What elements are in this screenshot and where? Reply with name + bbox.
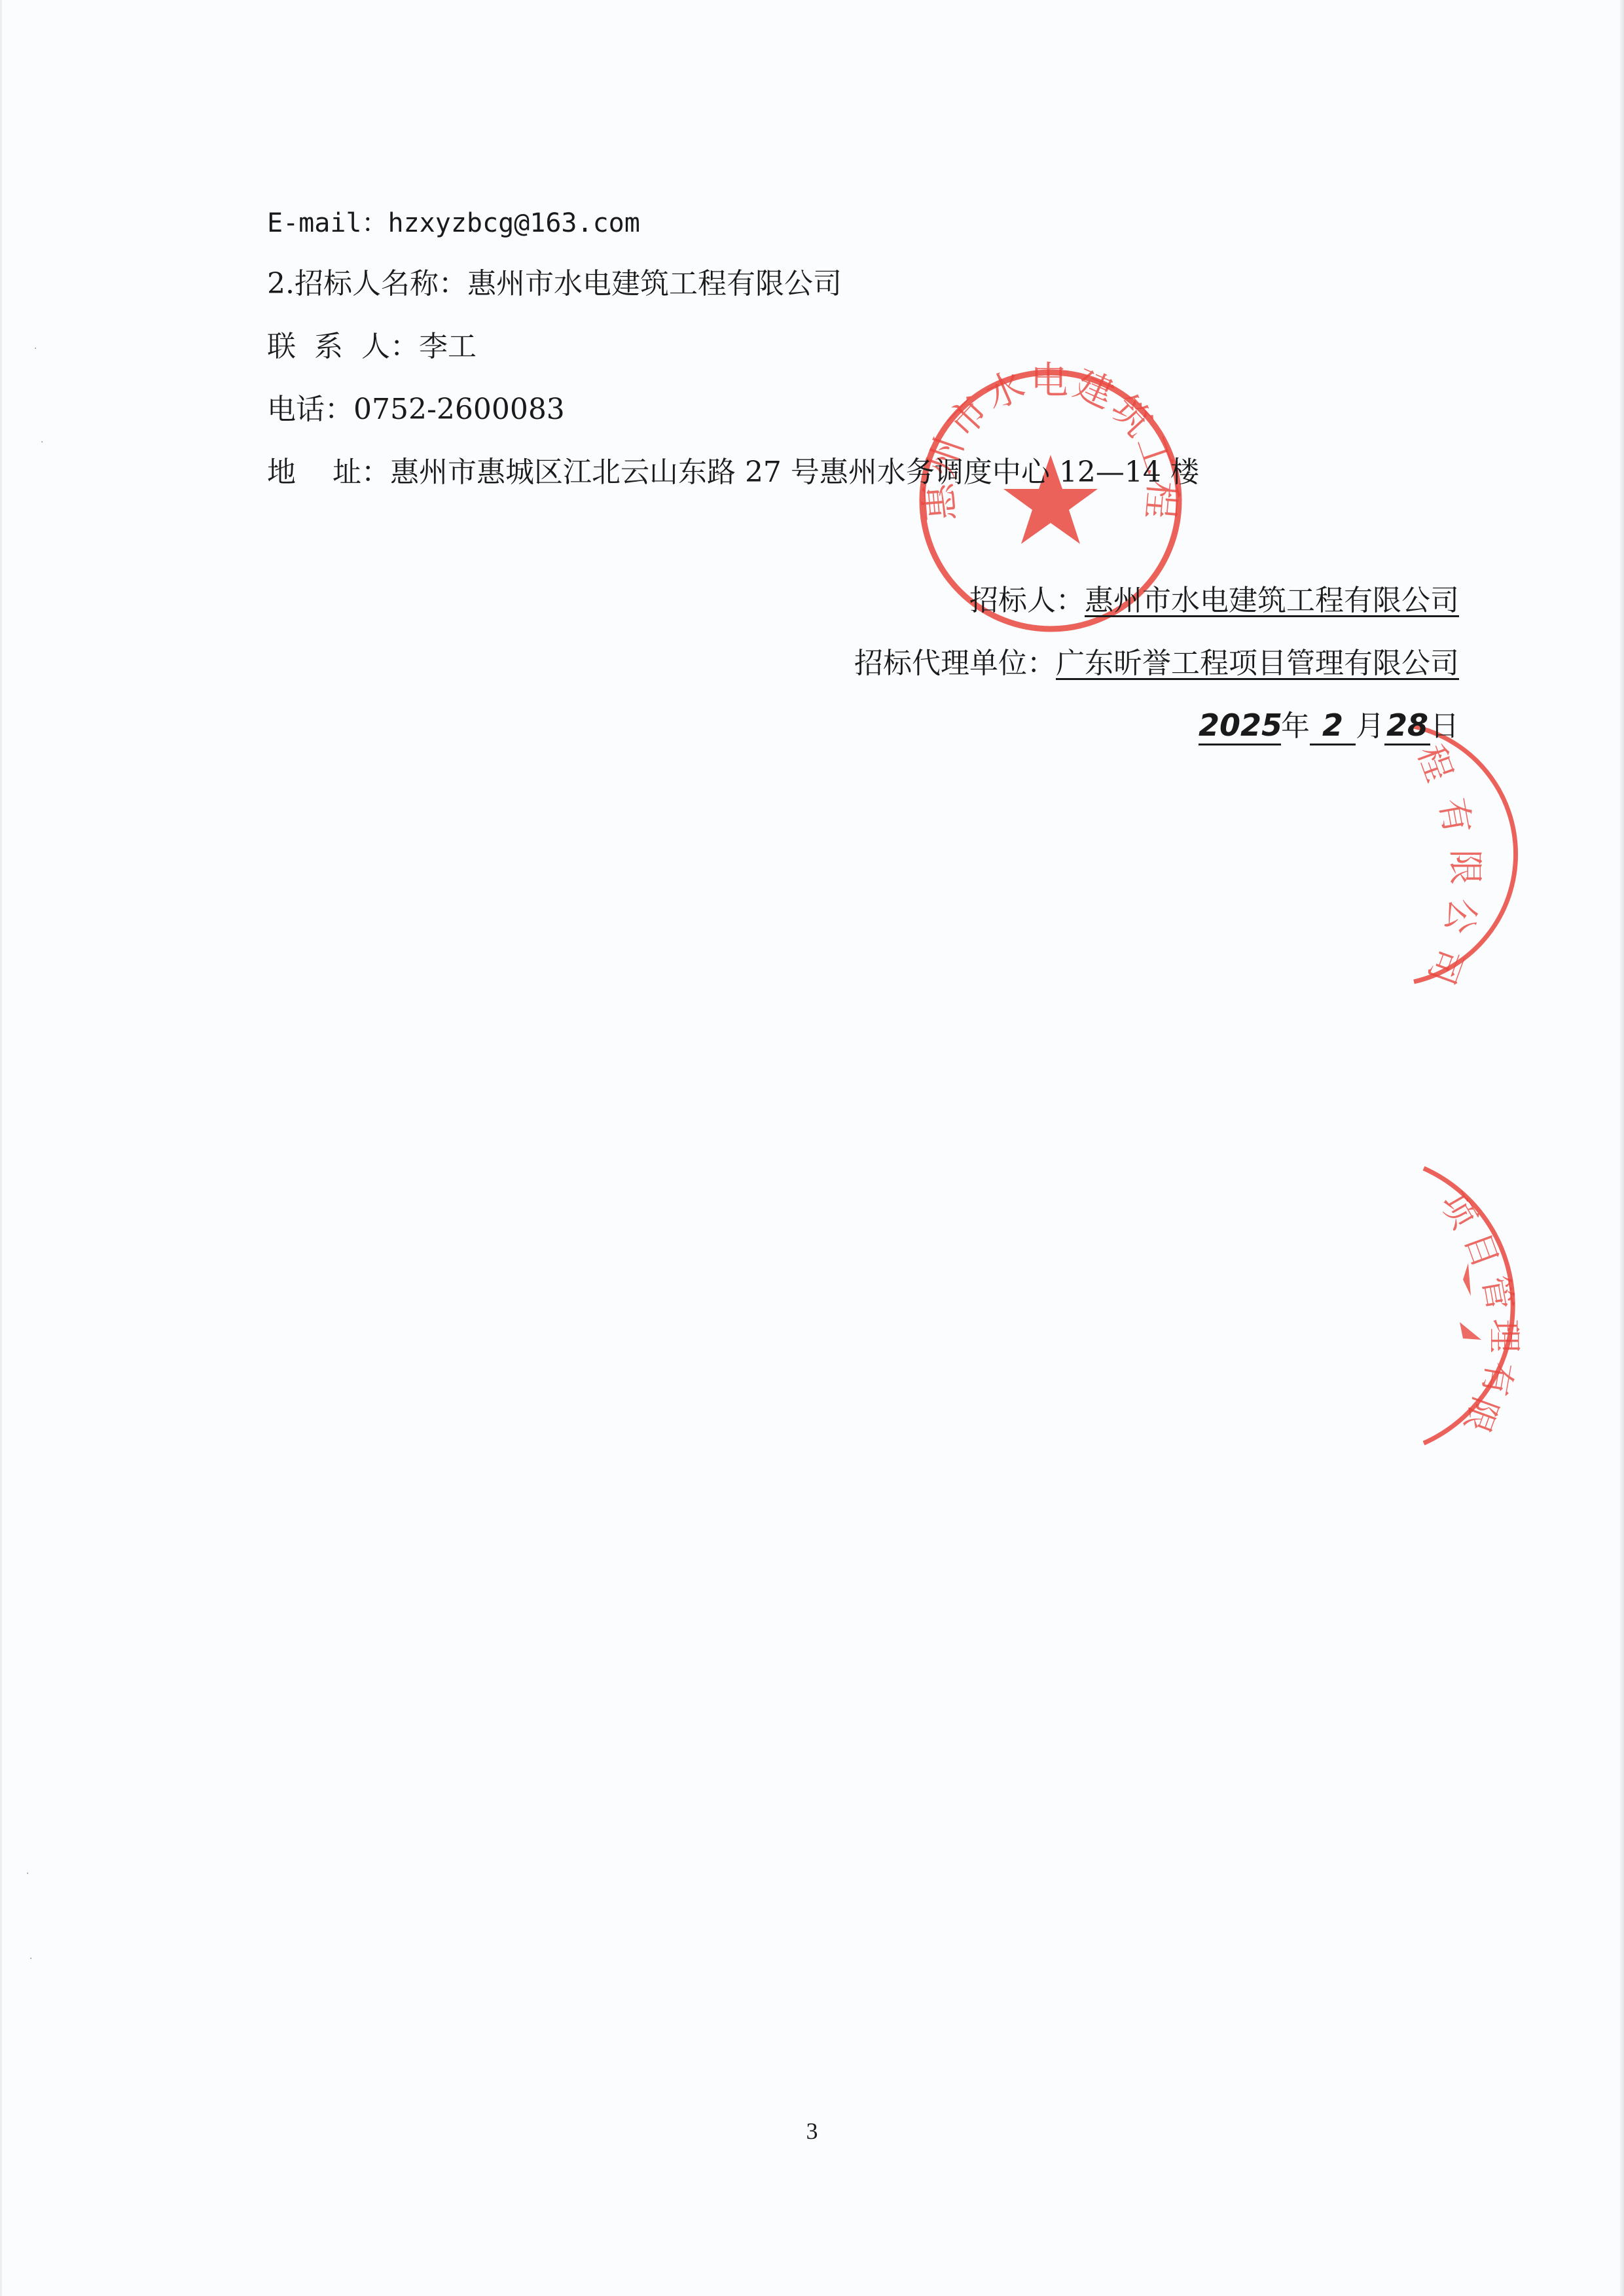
address-value: 惠州市惠城区江北云山东路 27 号惠州水务调度中心 12—14 楼 [390, 456, 1199, 489]
agent-seam-seal-stamp: 项 目 管 理 有 限 [1417, 1155, 1624, 1456]
date-year-handwritten: 2025 [1199, 707, 1281, 745]
phone-line: 电话：0752-2600083 [267, 391, 565, 428]
svg-text:司: 司 [1420, 942, 1471, 990]
svg-text:管: 管 [1475, 1273, 1519, 1314]
date-month-handwritten: 2 [1310, 707, 1356, 745]
tenderer-name-value: 惠州市水电建筑工程有限公司 [467, 267, 842, 300]
email-label: E-mail： [267, 208, 388, 238]
tenderer-name-label: 2.招标人名称： [267, 267, 467, 300]
contact-person-value: 李工 [419, 330, 477, 363]
phone-label: 电话： [267, 393, 353, 426]
scan-edge-right [1620, 0, 1624, 2296]
agent-signature-line: 招标代理单位：广东昕誉工程项目管理有限公司 [854, 645, 1459, 682]
agent-label: 招标代理单位： [854, 647, 1056, 680]
tenderer-name-line: 2.招标人名称：惠州市水电建筑工程有限公司 [267, 266, 842, 302]
contact-person-label: 联 系 人： [267, 330, 419, 363]
date-year-suffix: 年 [1281, 709, 1310, 743]
address-label: 地 址： [267, 456, 390, 489]
scan-speck: · [26, 1869, 29, 1879]
svg-text:目: 目 [1456, 1228, 1505, 1273]
phone-value: 0752-2600083 [353, 393, 565, 426]
svg-text:限: 限 [1445, 850, 1486, 885]
agent-value: 广东昕誉工程项目管理有限公司 [1056, 647, 1459, 680]
scan-edge-left [0, 0, 2, 2296]
contact-person-line: 联 系 人：李工 [267, 329, 477, 365]
email-line: E-mail：hzxyzbcg@163.com [267, 204, 640, 242]
svg-text:公: 公 [1437, 895, 1484, 937]
tenderer-signature-line: 招标人：惠州市水电建筑工程有限公司 [969, 583, 1459, 619]
date-day-handwritten: 28 [1384, 707, 1430, 745]
svg-text:理: 理 [1484, 1319, 1523, 1353]
date-month-suffix: 月 [1356, 709, 1384, 743]
date-line: 2025年2月28日 [1199, 707, 1459, 745]
svg-text:项: 项 [1432, 1186, 1483, 1236]
email-value: hzxyzbcg@163.com [388, 208, 640, 238]
svg-text:限: 限 [1456, 1392, 1504, 1437]
scan-speck: · [41, 437, 43, 448]
tenderer-value: 惠州市水电建筑工程有限公司 [1085, 584, 1459, 617]
page-number: 3 [0, 2117, 1624, 2145]
scan-speck: · [34, 344, 37, 354]
scan-speck: · [29, 1954, 32, 1964]
date-seam-seal-stamp: 程 有 限 公 司 [1407, 720, 1624, 1001]
svg-text:有: 有 [1475, 1359, 1519, 1399]
address-line: 地 址：惠州市惠城区江北云山东路 27 号惠州水务调度中心 12—14 楼 [267, 454, 1199, 491]
svg-text:程: 程 [1409, 740, 1460, 787]
svg-text:有: 有 [1432, 795, 1478, 836]
tenderer-label: 招标人： [969, 584, 1085, 617]
date-day-suffix: 日 [1430, 709, 1459, 743]
